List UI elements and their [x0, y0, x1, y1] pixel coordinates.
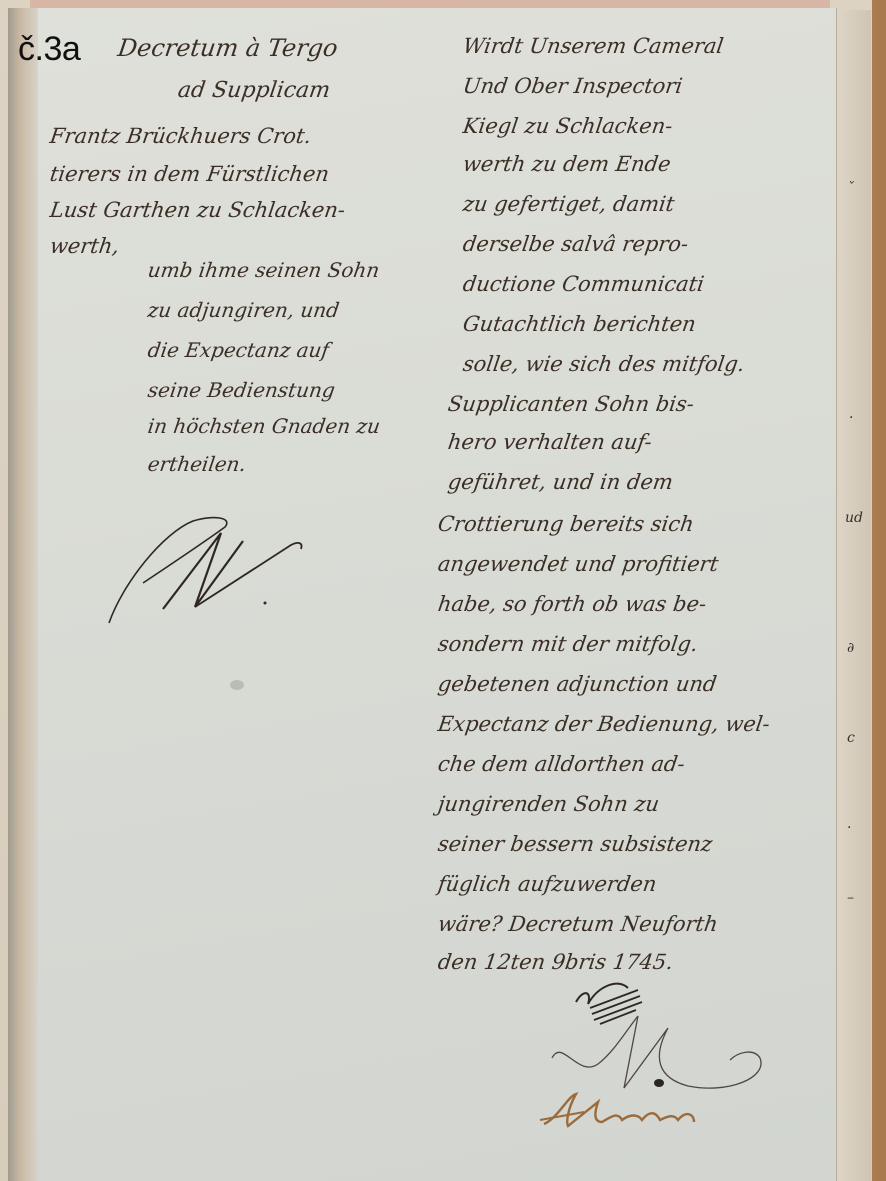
left-column-line: werth,: [49, 236, 121, 257]
right-column-line: füglich aufzuwerden: [437, 874, 658, 895]
ehrenberg-signature-icon: [538, 1088, 718, 1138]
right-column-line: gebetenen adjunction und: [437, 674, 718, 695]
petition-line: zu adjungiren, und: [147, 300, 341, 320]
petition-line: umb ihme seinen Sohn: [147, 260, 381, 280]
petition-line: ertheilen.: [147, 454, 248, 474]
paper-stain: [230, 680, 244, 690]
left-column-line: Frantz Brückhuers Crot.: [49, 126, 313, 147]
right-column-line: habe, so forth ob was be-: [437, 594, 708, 615]
left-column-line: Lust Garthen zu Schlacken-: [49, 200, 347, 221]
right-column-line: solle, wie sich des mitfolg.: [462, 354, 746, 375]
right-column-line: angewendet und profitiert: [437, 554, 720, 575]
right-column-line: Und Ober Inspectori: [462, 76, 684, 97]
right-column-line: jungirenden Sohn zu: [437, 794, 661, 815]
right-page-flap: ˇ · ud ∂ c · –: [836, 10, 871, 1181]
margin-mark: ·: [847, 820, 851, 836]
right-column-line: wäre? Decretum Neuforth: [437, 914, 720, 935]
manuscript-page: č.3a Decretum à Tergo ad Supplicam Frant…: [8, 8, 837, 1181]
petition-line: seine Bedienstung: [147, 380, 337, 400]
heading-line-2: ad Supplicam: [176, 80, 331, 102]
right-column-line: Expectanz der Bedienung, wel-: [437, 714, 772, 735]
right-column-line: zu gefertiget, damit: [462, 194, 676, 215]
right-column-line: Wirdt Unserem Cameral: [462, 36, 725, 57]
right-column-line: Supplicanten Sohn bis-: [447, 394, 696, 415]
heading-line-1: Decretum à Tergo: [116, 36, 339, 60]
right-column-line: werth zu dem Ende: [462, 154, 672, 175]
petition-line: die Expectanz auf: [147, 340, 331, 360]
right-column-line: ductione Communicati: [462, 274, 706, 295]
document-label: č.3a: [18, 30, 80, 69]
right-column-line: geführet, und in dem: [447, 472, 675, 493]
right-column-line: seiner bessern subsistenz: [437, 834, 714, 855]
right-column-line: Crottierung bereits sich: [437, 514, 696, 535]
margin-mark: c: [847, 730, 855, 746]
right-column-line: hero verhalten auf-: [447, 432, 654, 453]
right-column-line: che dem alldorthen ad-: [437, 754, 687, 775]
page-left-edge: [8, 8, 38, 1181]
signature-flourish-icon: [103, 503, 303, 633]
right-column-line: derselbe salvâ repro-: [462, 234, 690, 255]
margin-mark: ˇ: [847, 180, 854, 196]
margin-mark: ud: [845, 510, 863, 526]
right-column-line: Gutachtlich berichten: [462, 314, 698, 335]
margin-mark: ∂: [847, 640, 854, 656]
right-column-line: sondern mit der mitfolg.: [437, 634, 700, 655]
right-column-line: Kiegl zu Schlacken-: [462, 116, 674, 137]
margin-mark: ·: [849, 410, 853, 426]
left-column-line: tierers in dem Fürstlichen: [49, 164, 331, 185]
petition-line: in höchsten Gnaden zu: [147, 416, 382, 436]
margin-mark: –: [847, 890, 854, 906]
